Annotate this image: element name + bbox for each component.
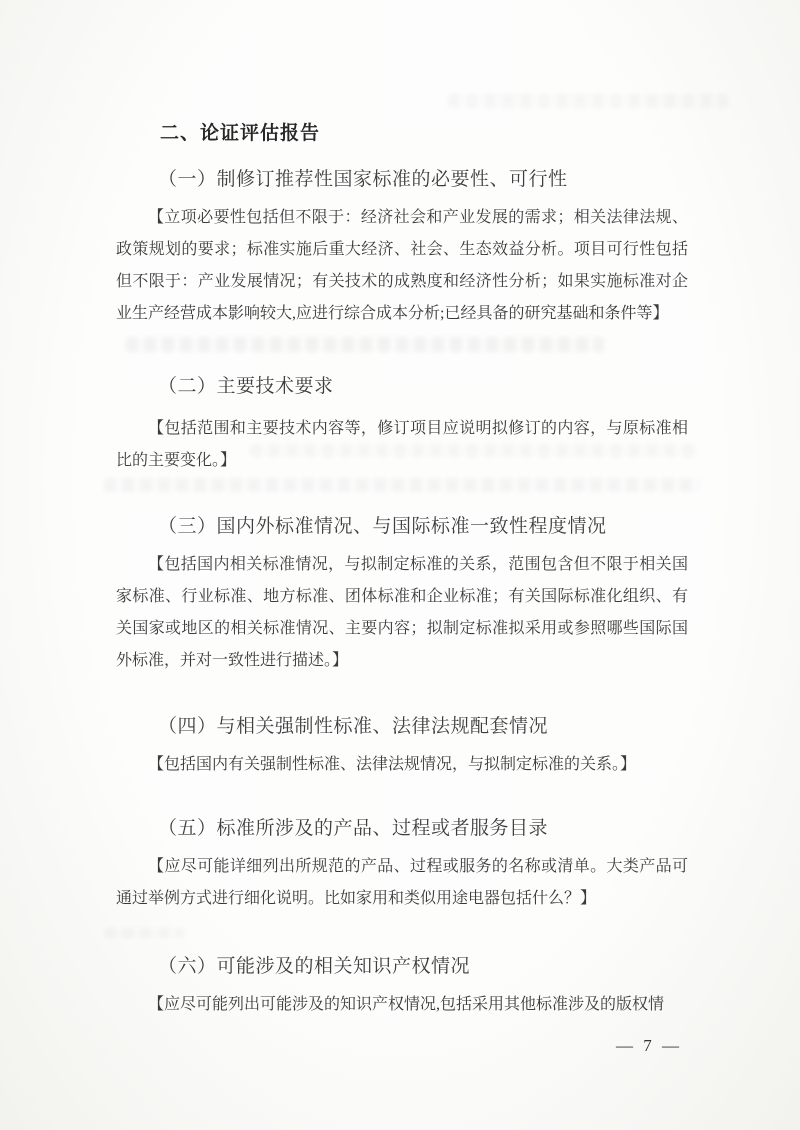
scan-bleed-artifact — [104, 928, 184, 938]
section-6-heading: （六）可能涉及的相关知识产权情况 — [158, 953, 688, 981]
scan-bleed-artifact — [126, 337, 604, 352]
section-1-body: 【立项必要性包括但不限于：经济社会和产业发展的需求；相关法律法规、政策规划的要求… — [116, 202, 688, 330]
section-2-heading: （二）主要技术要求 — [158, 373, 688, 401]
section-2: （二）主要技术要求 【包括范围和主要技术内容等，修订项目应说明拟修订的内容，与原… — [116, 373, 688, 477]
section-3-body: 【包括国内相关标准情况，与拟制定标准的关系，范围包含但不限于相关国家标准、行业标… — [116, 549, 688, 677]
section-4-heading: （四）与相关强制性标准、法律法规配套情况 — [158, 713, 688, 741]
scanned-document-page: 二、论证评估报告 （一）制修订推荐性国家标准的必要性、可行性 【立项必要性包括但… — [0, 0, 800, 1130]
scan-bleed-artifact — [104, 478, 700, 492]
document-title: 二、论证评估报告 — [160, 122, 688, 146]
section-6: （六）可能涉及的相关知识产权情况 【应尽可能列出可能涉及的知识产权情况,包括采用… — [116, 953, 688, 1021]
scan-bleed-artifact — [448, 94, 728, 108]
section-3: （三）国内外标准情况、与国际标准一致性程度情况 【包括国内相关标准情况，与拟制定… — [116, 513, 688, 677]
section-1-heading: （一）制修订推荐性国家标准的必要性、可行性 — [158, 166, 688, 194]
section-2-body: 【包括范围和主要技术内容等，修订项目应说明拟修订的内容，与原标准相比的主要变化。… — [116, 413, 688, 477]
section-1: （一）制修订推荐性国家标准的必要性、可行性 【立项必要性包括但不限于：经济社会和… — [116, 166, 688, 330]
section-3-heading: （三）国内外标准情况、与国际标准一致性程度情况 — [158, 513, 688, 541]
section-5-heading: （五）标准所涉及的产品、过程或者服务目录 — [158, 815, 688, 843]
section-4-body: 【包括国内有关强制性标准、法律法规情况，与拟制定标准的关系。】 — [116, 749, 688, 781]
section-4: （四）与相关强制性标准、法律法规配套情况 【包括国内有关强制性标准、法律法规情况… — [116, 713, 688, 781]
section-5-body: 【应尽可能详细列出所规范的产品、过程或服务的名称或清单。大类产品可通过举例方式进… — [116, 851, 688, 915]
section-5: （五）标准所涉及的产品、过程或者服务目录 【应尽可能详细列出所规范的产品、过程或… — [116, 815, 688, 915]
section-6-body: 【应尽可能列出可能涉及的知识产权情况,包括采用其他标准涉及的版权情 — [116, 989, 688, 1021]
page-number: — 7 — — [616, 1036, 682, 1056]
